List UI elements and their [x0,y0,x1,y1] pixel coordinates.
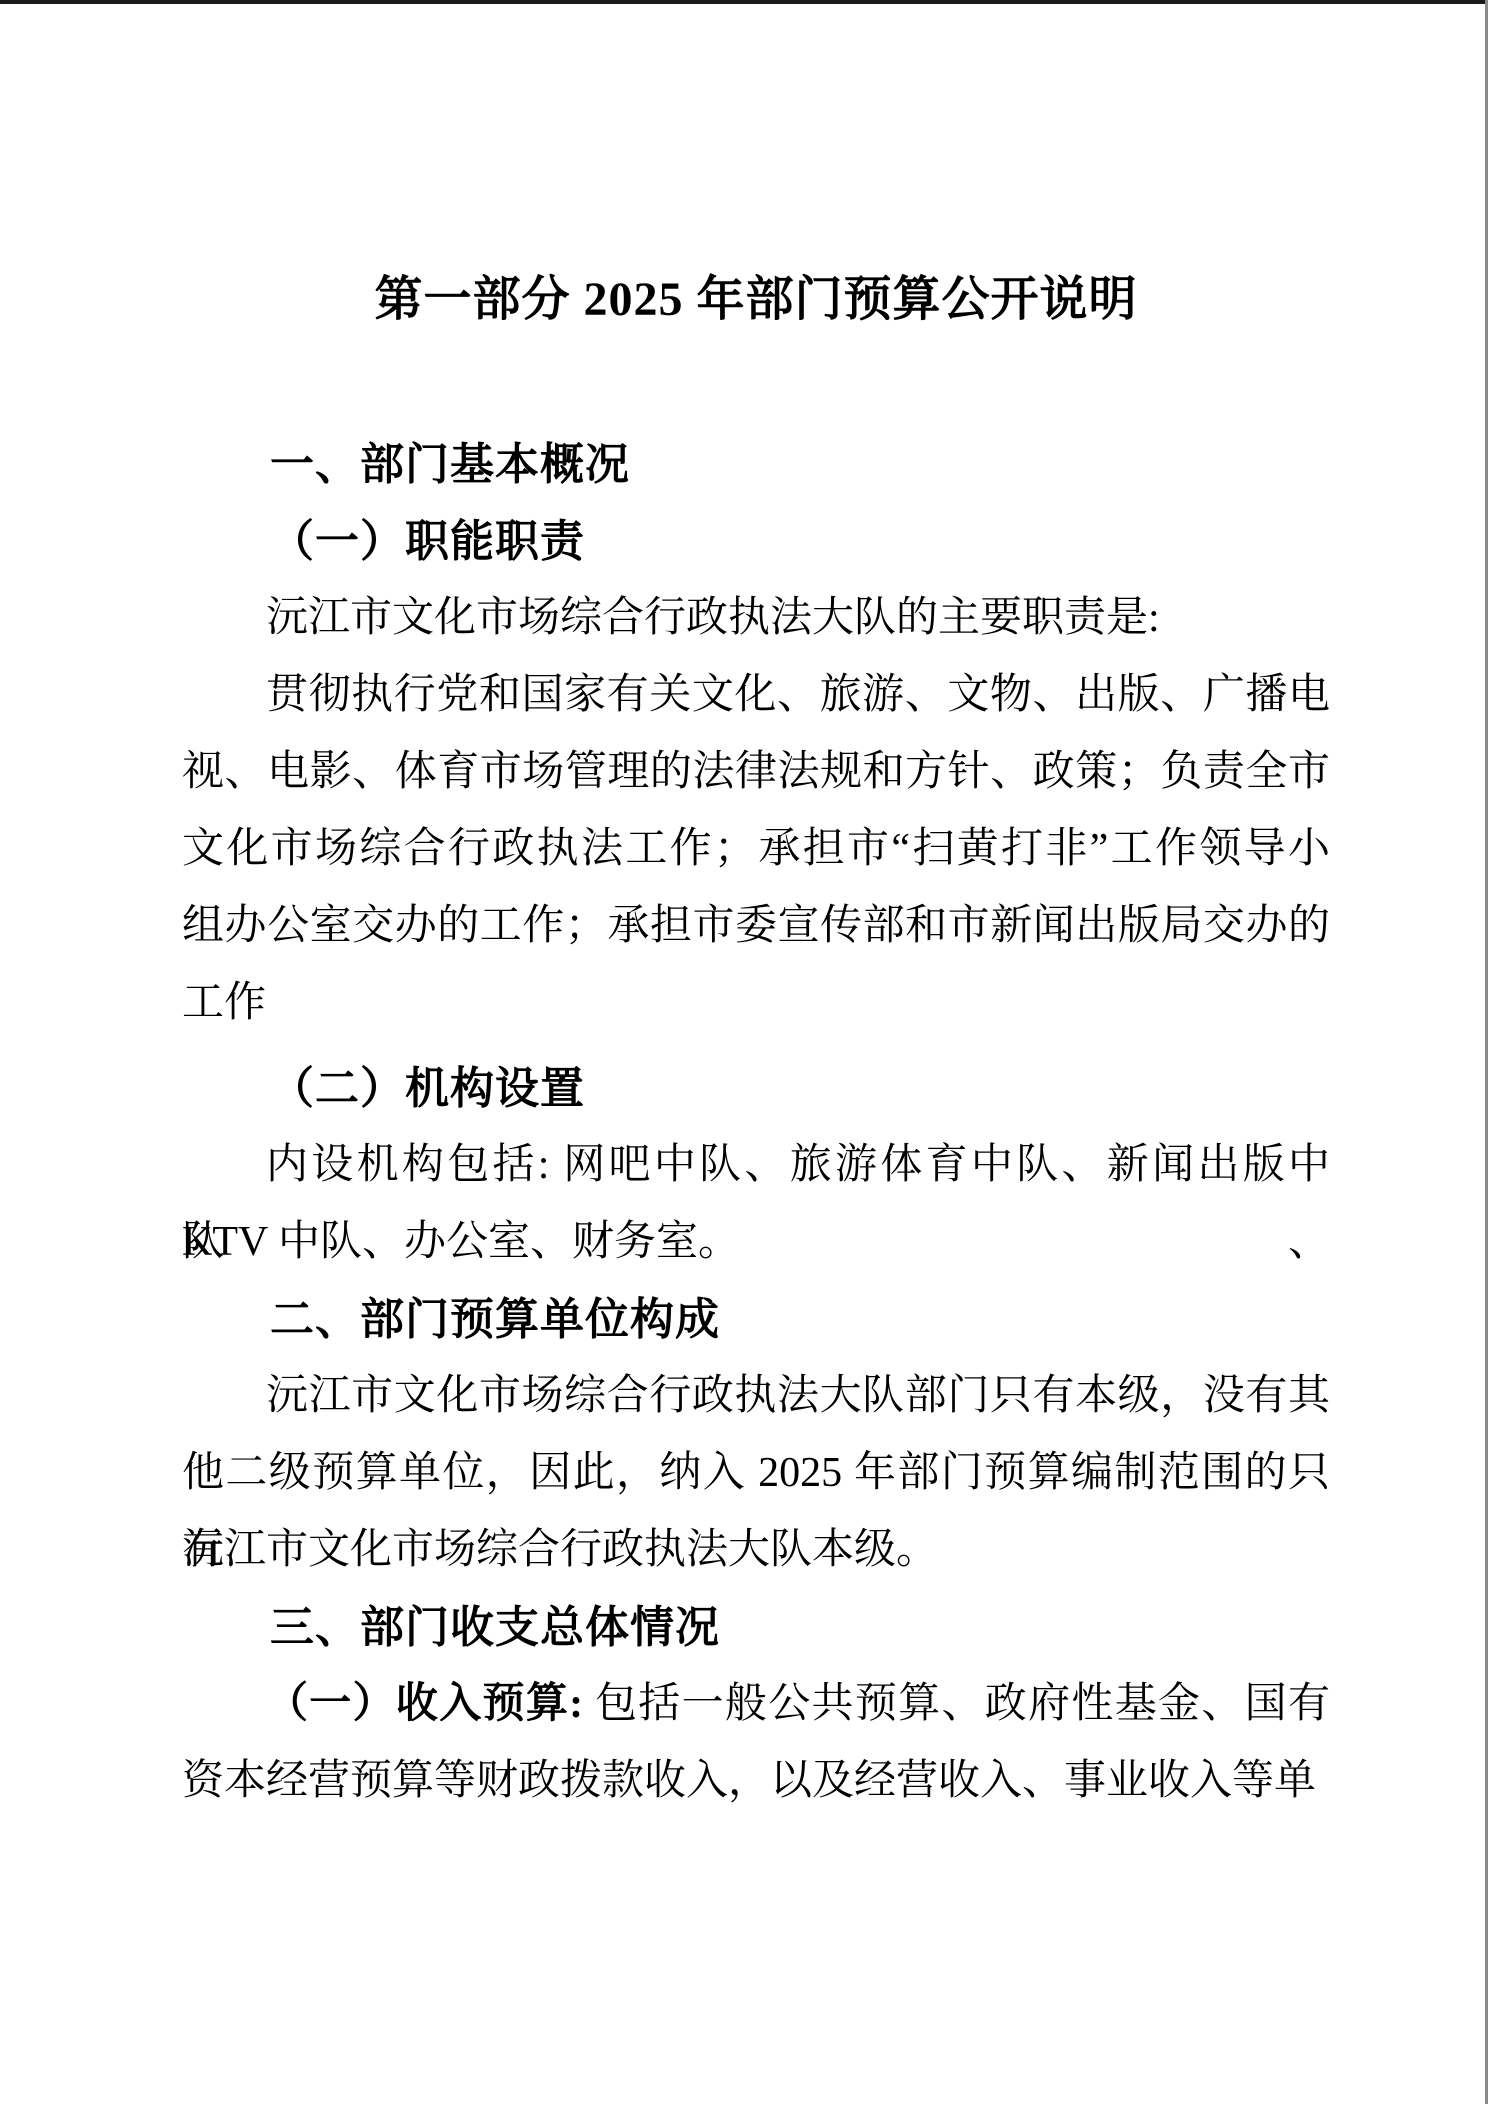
income-paragraph-line: （一）收入预算: 包括一般公共预算、政府性基金、国有 [182,1666,1330,1743]
section-1-sub-1-heading: （一）职能职责 [270,503,1330,580]
budget-unit-paragraph-line: 沅江市文化市场综合行政执法大队本级。 [182,1512,1330,1589]
page: { "document": { "title": "第一部分 2025 年部门预… [0,0,1488,2104]
section-1-heading: 一、部门基本概况 [270,426,1330,503]
income-lead-label: （一）收入预算: [266,1681,583,1727]
section-3-heading: 三、部门收支总体情况 [270,1589,1330,1666]
income-paragraph-line: 资本经营预算等财政拨款收入，以及经营收入、事业收入等单 [182,1743,1330,1820]
duties-paragraph-line: 贯彻执行党和国家有关文化、旅游、文物、出版、广播电 [182,657,1330,734]
duties-paragraph-line: 工作 [182,965,1330,1042]
income-first-line-text: 包括一般公共预算、政府性基金、国有 [583,1681,1330,1727]
duties-paragraph-line: 文化市场综合行政执法工作；承担市“扫黄打非”工作领导小 [182,811,1330,888]
budget-unit-paragraph-line: 沅江市文化市场综合行政执法大队部门只有本级，没有其 [182,1358,1330,1435]
budget-unit-paragraph-line: 他二级预算单位，因此，纳入 2025 年部门预算编制范围的只有 [182,1435,1330,1512]
duties-paragraph-line: 视、电影、体育市场管理的法律法规和方针、政策；负责全市 [182,734,1330,811]
org-paragraph-line: 内设机构包括: 网吧中队、旅游体育中队、新闻出版中队、 [182,1127,1330,1204]
document-page: 第一部分 2025 年部门预算公开说明 一、部门基本概况 （一）职能职责 沅江市… [0,4,1488,1820]
section-1-sub-2-heading: （二）机构设置 [270,1050,1330,1127]
document-title: 第一部分 2025 年部门预算公开说明 [182,272,1330,328]
duties-paragraph-line: 组办公室交办的工作；承担市委宣传部和市新闻出版局交办的 [182,888,1330,965]
duties-intro-line: 沅江市文化市场综合行政执法大队的主要职责是: [182,580,1330,657]
section-2-heading: 二、部门预算单位构成 [270,1281,1330,1358]
